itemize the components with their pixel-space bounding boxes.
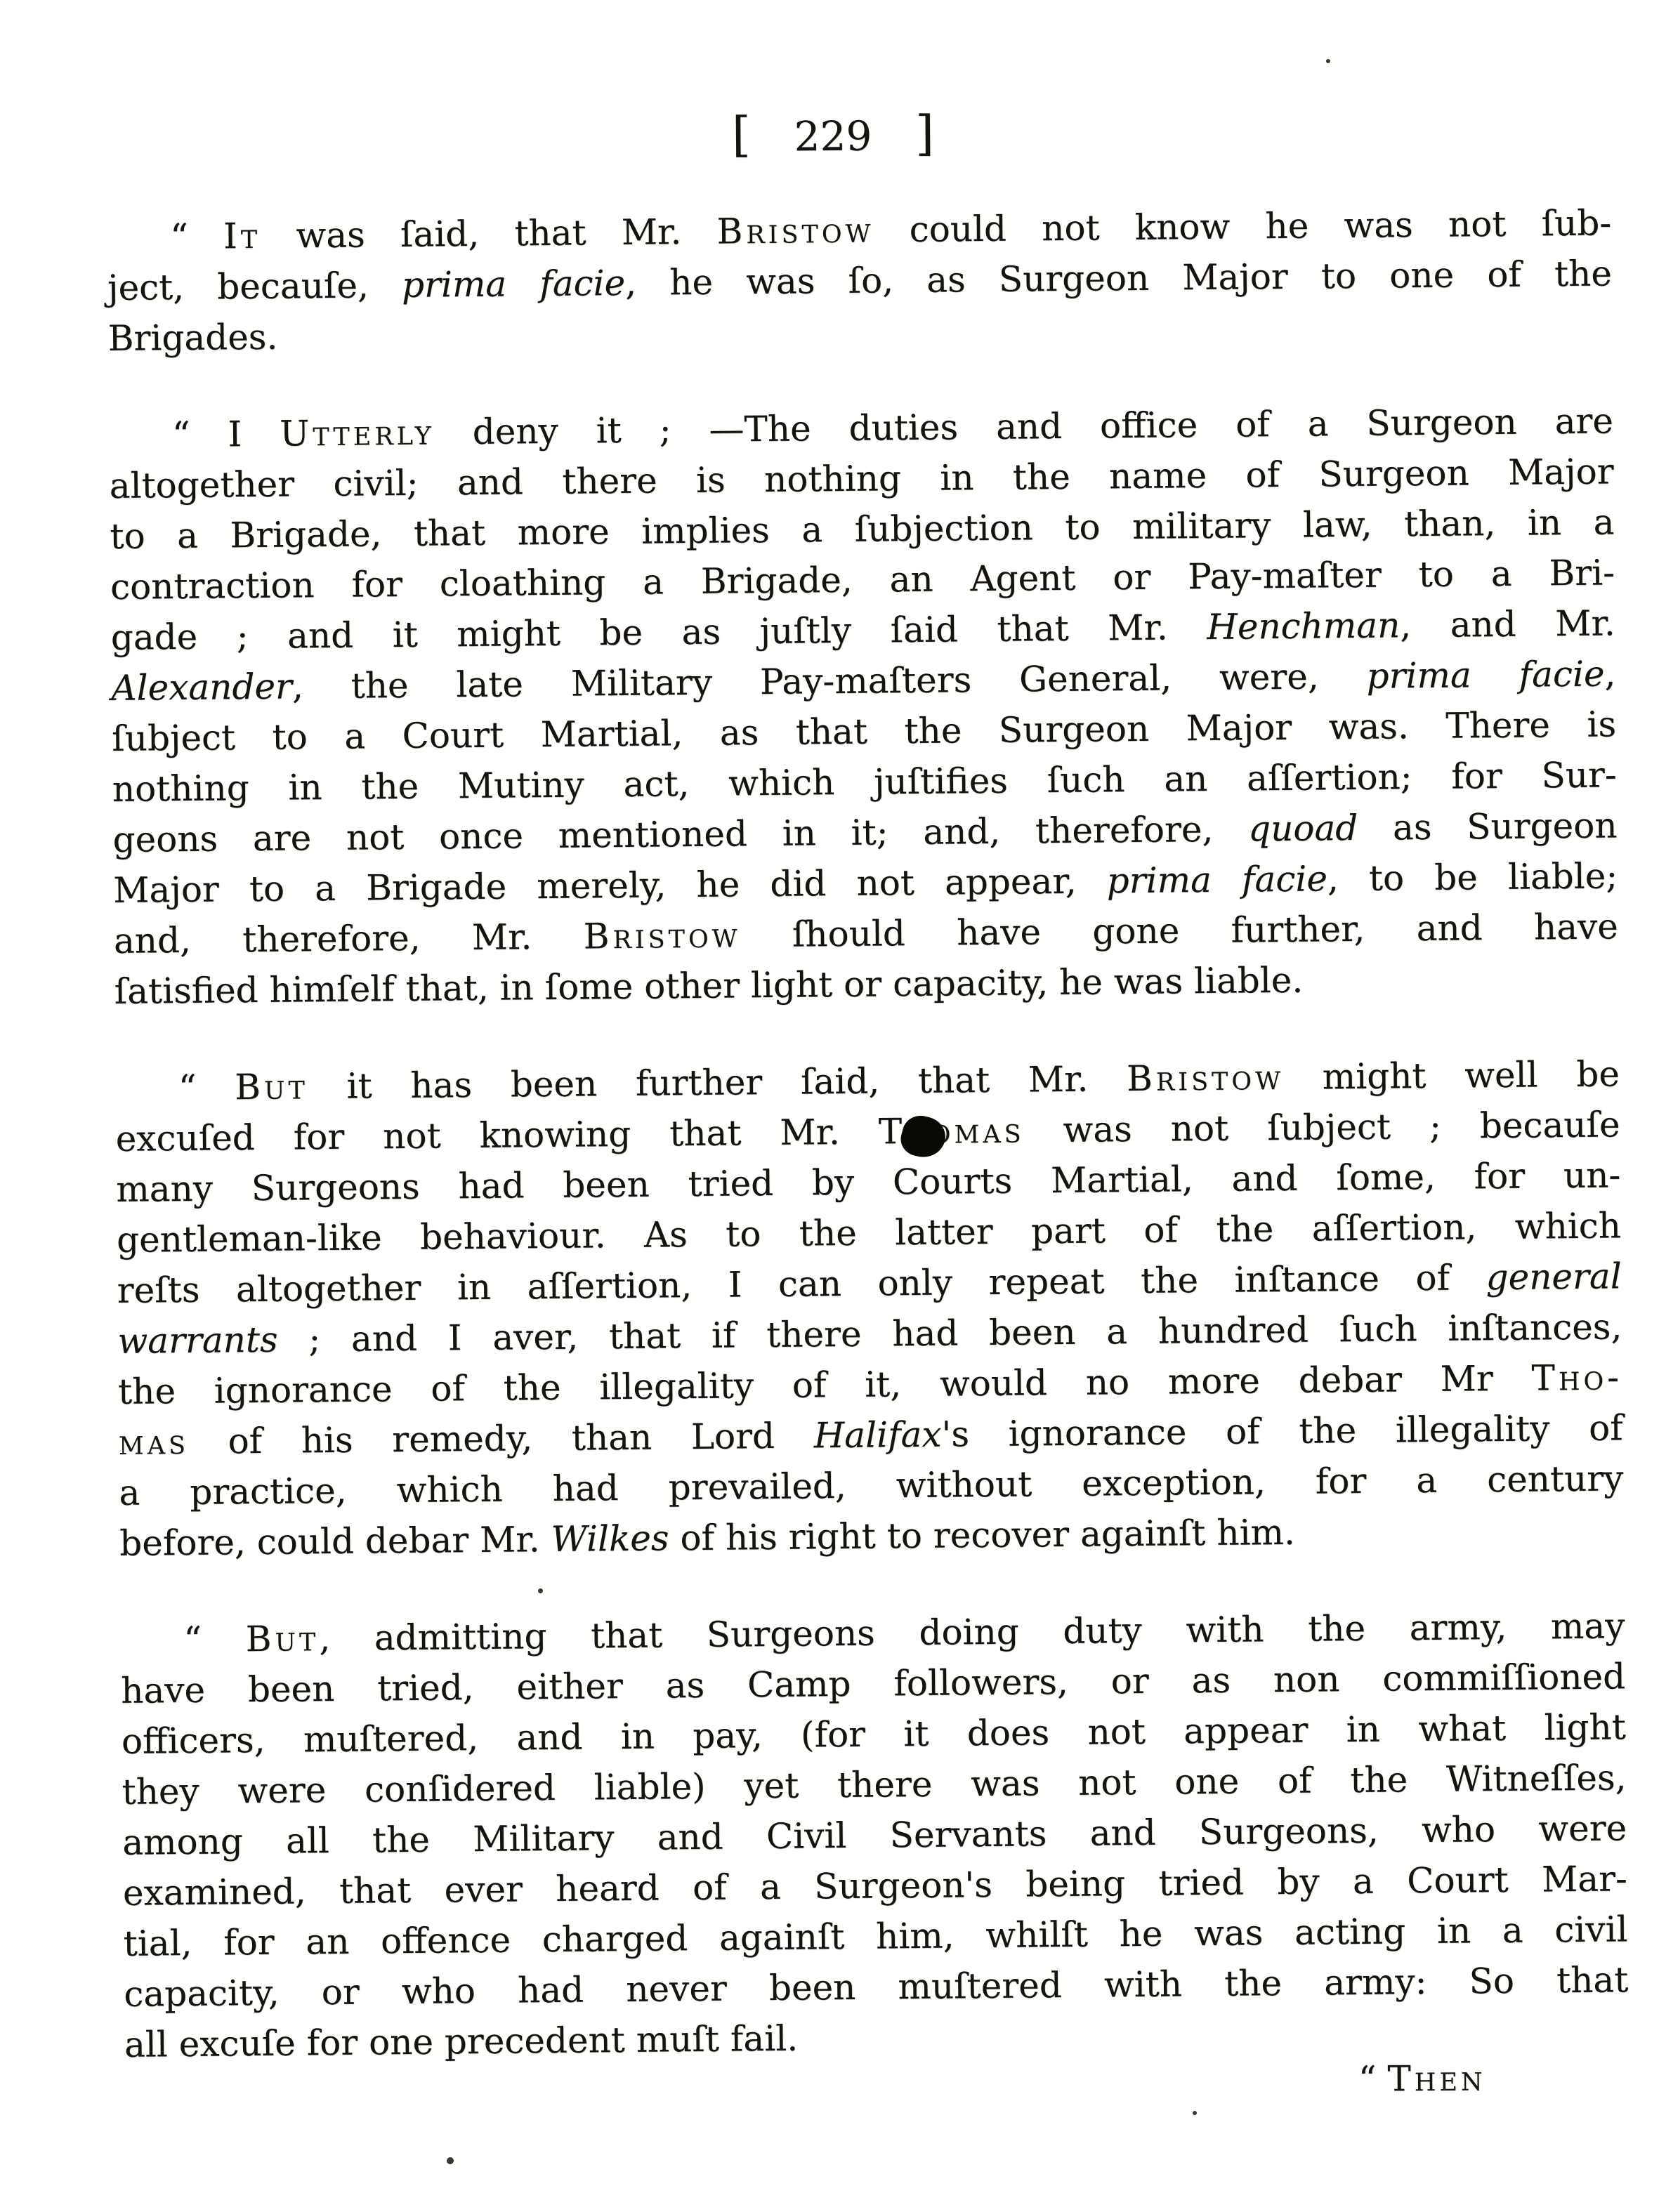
catchword: “ Then xyxy=(1358,2053,1486,2104)
paragraph: “ But it has been further ſaid, that Mr.… xyxy=(115,1048,1625,1569)
scan-speck xyxy=(1193,2111,1197,2115)
text-run: 's ignorance of the illegality of xyxy=(941,1407,1623,1454)
header-open-bracket: [ xyxy=(732,115,751,156)
text-run: “ I xyxy=(172,414,280,455)
text-run: ſatisfied himſelf that, in ſome other li… xyxy=(114,960,1303,1012)
paragraph: “ It was ſaid, that Mr. Bristow could no… xyxy=(107,197,1613,364)
text-run: might well be xyxy=(1284,1053,1620,1098)
text-run: warrants xyxy=(117,1319,278,1362)
text-run: contraction for cloathing a Brigade, an … xyxy=(110,552,1615,607)
text-run: Henchman xyxy=(1207,605,1401,647)
text-run: tial, for an offence charged againſt him… xyxy=(123,1909,1627,1964)
text-run: gade ; and it might be as juſtly ſaid th… xyxy=(111,607,1207,658)
scan-speck xyxy=(447,2157,454,2164)
text-run: was ſaid, that Mr. xyxy=(261,211,717,256)
text-run: reſts altogether in aſſertion, I can onl… xyxy=(117,1257,1485,1311)
text-run: before, could debar Mr. xyxy=(119,1519,551,1564)
page-header: [ 229 ] xyxy=(0,107,1666,166)
text-run: gentleman-like behaviour. As to the latt… xyxy=(117,1205,1621,1260)
text-run: ; and I aver, that if there had been a h… xyxy=(277,1306,1622,1360)
paragraph: “ But, admitting that Surgeons doing dut… xyxy=(120,1600,1629,2070)
text-run: , to be liable; xyxy=(1327,855,1618,899)
text-run: , xyxy=(1604,653,1615,694)
text-run: “ xyxy=(183,1619,246,1660)
text-run: geons are not once mentioned in it; and,… xyxy=(112,808,1248,860)
text-run: have been tried, either as Camp follower… xyxy=(121,1656,1625,1711)
text-run: among all the Military and Civil Servant… xyxy=(122,1808,1627,1863)
text-run: Bristow xyxy=(583,914,740,956)
text-run: Wilkes xyxy=(551,1518,669,1560)
text-run: Halifax xyxy=(813,1414,941,1456)
text-run: quoad xyxy=(1248,808,1358,849)
text-run: examined, that ever heard of a Surgeon's… xyxy=(123,1858,1627,1914)
text-run: of his right to recover againſt him. xyxy=(669,1512,1295,1559)
text-run: But xyxy=(245,1618,319,1659)
text-run: ſubject to a Court Martial, as that the … xyxy=(112,704,1616,759)
text-run: Utterly xyxy=(280,412,435,454)
text-run: Then xyxy=(1388,2058,1486,2099)
text-run: deny it ; —The duties and office of a Su… xyxy=(434,400,1613,452)
scanned-book-page: [ 229 ] “ It was ſaid, that Mr. Bristow … xyxy=(0,0,1666,2212)
text-run: many Surgeons had been tried by Courts M… xyxy=(116,1154,1620,1210)
text-run: altogether civil; and there is nothing i… xyxy=(109,451,1613,506)
text-run: of his remedy, than Lord xyxy=(189,1415,814,1462)
text-run: they were conſidered liable) yet there w… xyxy=(122,1757,1626,1812)
text-run: It xyxy=(223,216,261,257)
text-run: Bristow xyxy=(1127,1057,1284,1099)
text-run: officers, muſtered, and in pay, (for it … xyxy=(122,1706,1626,1762)
text-run: prima facie xyxy=(1106,858,1327,901)
text-run: the ignorance of the illegality of it, w… xyxy=(118,1358,1532,1412)
text-run: mas xyxy=(119,1421,190,1463)
text-run: prima facie xyxy=(402,263,626,305)
text-run: to a Brigade, that more implies a ſubjec… xyxy=(110,501,1614,557)
text-run: , and Mr. xyxy=(1400,603,1615,645)
text-run: Major to a Brigade merely, he did not ap… xyxy=(113,860,1107,911)
text-run: all excuſe for one precedent muſt fail. xyxy=(124,2018,799,2065)
text-run: mas xyxy=(954,1110,1025,1152)
text-run: nothing in the Mutiny act, which juſtifi… xyxy=(112,754,1617,810)
header-close-bracket: ] xyxy=(915,114,934,154)
text-run: “ xyxy=(178,1067,235,1108)
page-text: “ It was ſaid, that Mr. Bristow could no… xyxy=(107,197,1629,2116)
text-run: and, therefore, Mr. xyxy=(114,916,584,961)
scan-speck xyxy=(1326,59,1330,63)
text-run: , the late Military Pay-maſters General,… xyxy=(292,656,1367,707)
scan-speck xyxy=(538,1588,543,1593)
text-run: “ xyxy=(170,216,223,257)
page-number: 229 xyxy=(794,112,872,161)
paragraph: “ I Utterly deny it ; —The duties and of… xyxy=(109,395,1619,1017)
text-run: could not know he was not ſub- xyxy=(874,202,1611,250)
text-run: , he was ſo, as Surgeon Major to one of … xyxy=(625,253,1612,303)
text-run: “ xyxy=(1358,2058,1388,2099)
text-run: capacity, or who had never been muſtered… xyxy=(124,1959,1628,2015)
text-run: general xyxy=(1485,1256,1622,1298)
text-run: ho xyxy=(905,1110,955,1152)
text-run: But xyxy=(235,1066,308,1107)
text-run: it has been further ſaid, that Mr. xyxy=(308,1058,1127,1107)
text-run: ſhould have gone further, and have xyxy=(740,906,1618,955)
text-run: Tho- xyxy=(1531,1357,1622,1398)
text-run: Bristow xyxy=(716,210,874,252)
text-run: Brigades. xyxy=(107,317,277,359)
text-run: as Surgeon xyxy=(1358,805,1618,848)
text-run: excuſed for not knowing that Mr. xyxy=(115,1112,879,1159)
text-run: , admitting that Surgeons doing duty wit… xyxy=(319,1605,1625,1659)
text-run: prima facie xyxy=(1366,654,1604,697)
text-run: was not ſubject ; becauſe xyxy=(1024,1104,1620,1150)
text-run: a practice, which had prevailed, without… xyxy=(119,1458,1623,1513)
text-run: ject, becauſe, xyxy=(107,265,402,308)
text-run: Alexander xyxy=(111,666,292,708)
